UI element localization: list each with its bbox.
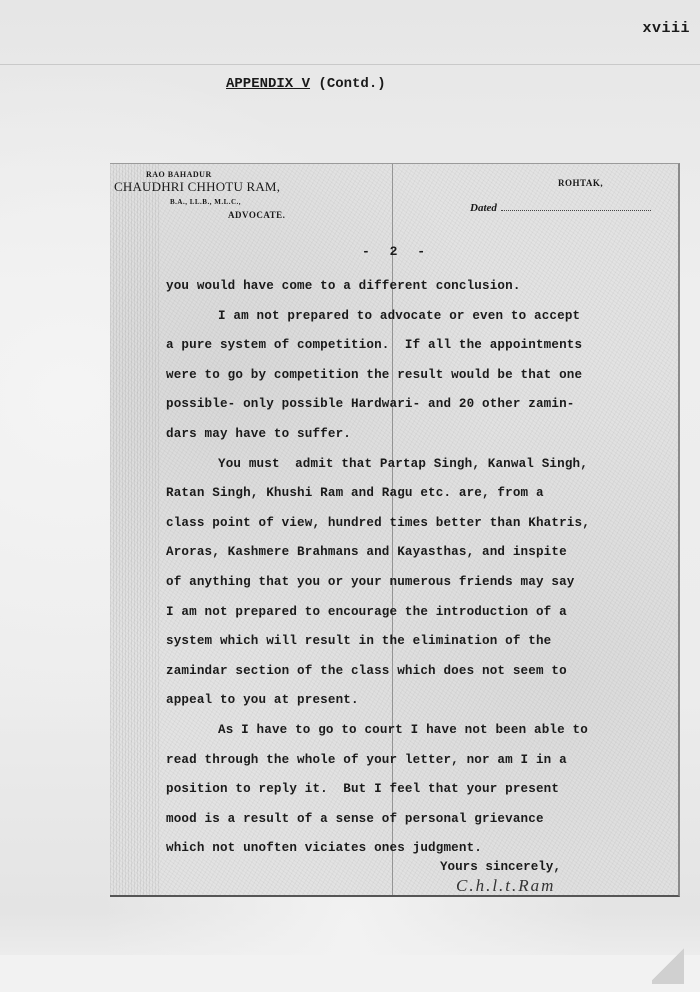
letter-line: Aroras, Kashmere Brahmans and Kayasthas,… [166, 538, 686, 568]
letter-line: You must admit that Partap Singh, Kanwal… [166, 450, 686, 480]
letter-scan: RAO BAHADUR CHAUDHRI CHHOTU RAM, B.A., L… [110, 163, 680, 897]
letter-line: appeal to you at present. [166, 686, 686, 716]
letterhead-right: ROHTAK, Dated [470, 178, 670, 214]
letter-line: class point of view, hundred times bette… [166, 509, 686, 539]
signature: C.h.l.t.Ram [456, 876, 555, 896]
bottom-margin [0, 955, 700, 992]
letter-line: you would have come to a different concl… [166, 272, 686, 302]
letter-line: zamindar section of the class which does… [166, 657, 686, 687]
dated-field: Dated [470, 202, 670, 214]
letter-line: system which will result in the eliminat… [166, 627, 686, 657]
dated-label: Dated [470, 202, 497, 214]
letter-page-marker: - 2 - [362, 244, 431, 259]
letter-line: dars may have to suffer. [166, 420, 686, 450]
letter-line: I am not prepared to encourage the intro… [166, 598, 686, 628]
letter-body: you would have come to a different concl… [166, 272, 686, 864]
letter-line: were to go by competition the result wou… [166, 361, 686, 391]
letterhead-left: RAO BAHADUR CHAUDHRI CHHOTU RAM, B.A., L… [114, 170, 285, 220]
appendix-suffix: (Contd.) [310, 76, 386, 92]
letter-line: read through the whole of your letter, n… [166, 746, 686, 776]
dated-blank-line [501, 209, 651, 211]
letter-line: a pure system of competition. If all the… [166, 331, 686, 361]
letterhead-honorific: RAO BAHADUR [146, 170, 285, 179]
letter-line: which not unoften viciates ones judgment… [166, 834, 686, 864]
letter-line: mood is a result of a sense of personal … [166, 805, 686, 835]
letter-line: Ratan Singh, Khushi Ram and Ragu etc. ar… [166, 479, 686, 509]
letter-line: of anything that you or your numerous fr… [166, 568, 686, 598]
letter-line: As I have to go to court I have not been… [166, 716, 686, 746]
letterhead-name: CHAUDHRI CHHOTU RAM, [114, 179, 285, 195]
fold-line [0, 64, 700, 65]
scan-noise [110, 164, 160, 895]
letterhead-place: ROHTAK, [558, 178, 670, 188]
letterhead-profession: ADVOCATE. [228, 210, 285, 220]
letter-line: possible- only possible Hardwari- and 20… [166, 390, 686, 420]
letter-line: I am not prepared to advocate or even to… [166, 302, 686, 332]
page-number: xviii [642, 20, 690, 37]
appendix-title: APPENDIX V (Contd.) [226, 76, 386, 92]
letter-line: position to reply it. But I feel that yo… [166, 775, 686, 805]
corner-fold [652, 944, 684, 984]
letterhead-degrees: B.A., LL.B., M.L.C., [170, 198, 285, 206]
appendix-label: APPENDIX V [226, 76, 310, 92]
closing: Yours sincerely, [440, 860, 561, 874]
